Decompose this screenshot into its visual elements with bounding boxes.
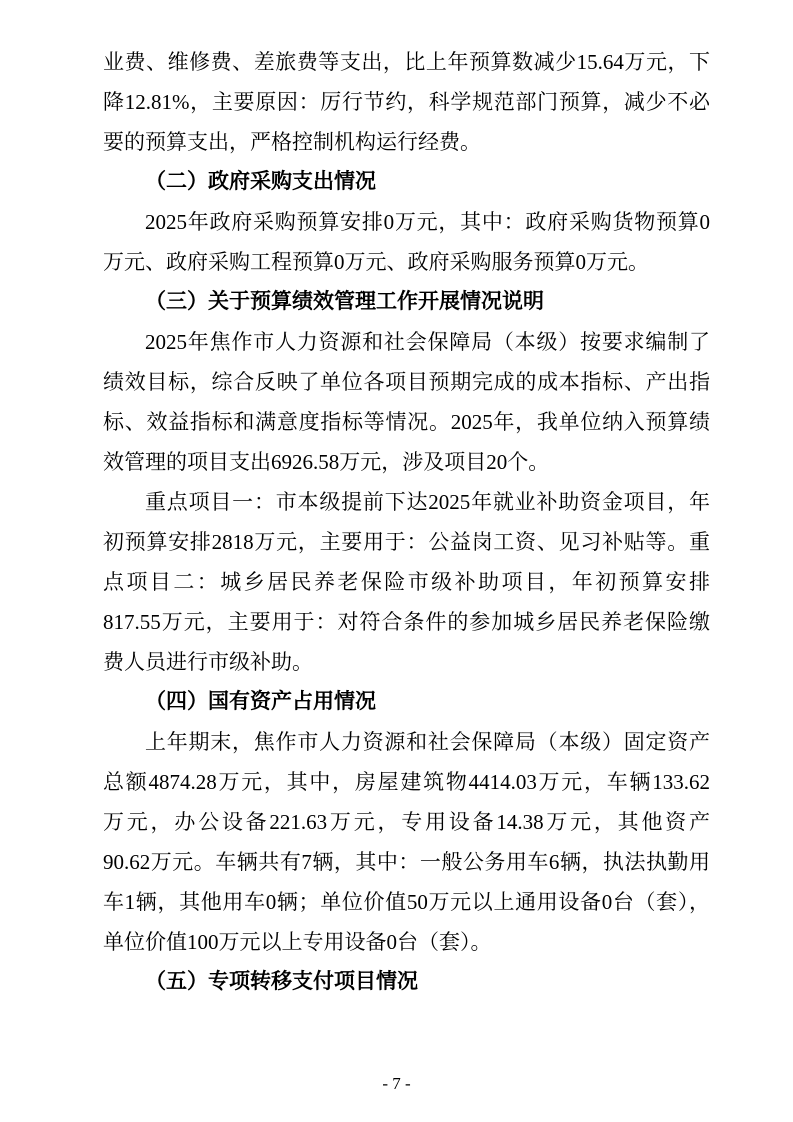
text-line: 2025年焦作市人力资源和社会保障局（本级）按要求编制了 [103, 322, 710, 362]
section-heading: （四）国有资产占用情况 [103, 682, 710, 722]
text-line: 万元，办公设备221.63万元，专用设备14.38万元，其他资产 [103, 802, 710, 842]
paragraph-expense-reduction: 业费、维修费、差旅费等支出，比上年预算数减少15.64万元，下 降12.81%，… [103, 42, 710, 162]
page-number: - 7 - [0, 1072, 793, 1096]
text-line: 单位价值100万元以上专用设备0台（套）。 [103, 922, 710, 962]
paragraph-procurement-budget: 2025年政府采购预算安排0万元，其中：政府采购货物预算0 万元、政府采购工程预… [103, 202, 710, 282]
section-heading: （二）政府采购支出情况 [103, 162, 710, 202]
text-line: 降12.81%，主要原因：厉行节约，科学规范部门预算，减少不必 [103, 82, 710, 122]
document-body: 业费、维修费、差旅费等支出，比上年预算数减少15.64万元，下 降12.81%，… [103, 42, 710, 1002]
text-line: 效管理的项目支出6926.58万元，涉及项目20个。 [103, 442, 710, 482]
document-page: 业费、维修费、差旅费等支出，比上年预算数减少15.64万元，下 降12.81%，… [0, 0, 793, 1122]
text-line: 费人员进行市级补助。 [103, 642, 710, 682]
section-heading-performance-management: （三）关于预算绩效管理工作开展情况说明 [103, 282, 710, 322]
text-line: 上年期末，焦作市人力资源和社会保障局（本级）固定资产 [103, 722, 710, 762]
text-line: 817.55万元，主要用于：对符合条件的参加城乡居民养老保险缴 [103, 602, 710, 642]
text-line: 点项目二：城乡居民养老保险市级补助项目，年初预算安排 [103, 562, 710, 602]
text-line: 车1辆，其他用车0辆；单位价值50万元以上通用设备0台（套）， [103, 882, 710, 922]
paragraph-fixed-assets: 上年期末，焦作市人力资源和社会保障局（本级）固定资产 总额4874.28万元，其… [103, 722, 710, 962]
text-line: 重点项目一：市本级提前下达2025年就业补助资金项目，年 [103, 482, 710, 522]
section-heading-state-assets: （四）国有资产占用情况 [103, 682, 710, 722]
text-line: 初预算安排2818万元，主要用于：公益岗工资、见习补贴等。重 [103, 522, 710, 562]
paragraph-performance-targets: 2025年焦作市人力资源和社会保障局（本级）按要求编制了 绩效目标，综合反映了单… [103, 322, 710, 482]
text-line: 90.62万元。车辆共有7辆，其中：一般公务用车6辆，执法执勤用 [103, 842, 710, 882]
text-line: 绩效目标，综合反映了单位各项目预期完成的成本指标、产出指 [103, 362, 710, 402]
text-line: 要的预算支出，严格控制机构运行经费。 [103, 122, 710, 162]
section-heading-special-transfer-payments: （五）专项转移支付项目情况 [103, 962, 710, 1002]
text-line: 2025年政府采购预算安排0万元，其中：政府采购货物预算0 [103, 202, 710, 242]
section-heading: （五）专项转移支付项目情况 [103, 962, 710, 1002]
text-line: 标、效益指标和满意度指标等情况。2025年，我单位纳入预算绩 [103, 402, 710, 442]
text-line: 业费、维修费、差旅费等支出，比上年预算数减少15.64万元，下 [103, 42, 710, 82]
paragraph-key-projects: 重点项目一：市本级提前下达2025年就业补助资金项目，年 初预算安排2818万元… [103, 482, 710, 682]
text-line: 万元、政府采购工程预算0万元、政府采购服务预算0万元。 [103, 242, 710, 282]
text-line: 总额4874.28万元，其中，房屋建筑物4414.03万元，车辆133.62 [103, 762, 710, 802]
section-heading-government-procurement: （二）政府采购支出情况 [103, 162, 710, 202]
section-heading: （三）关于预算绩效管理工作开展情况说明 [103, 282, 710, 322]
